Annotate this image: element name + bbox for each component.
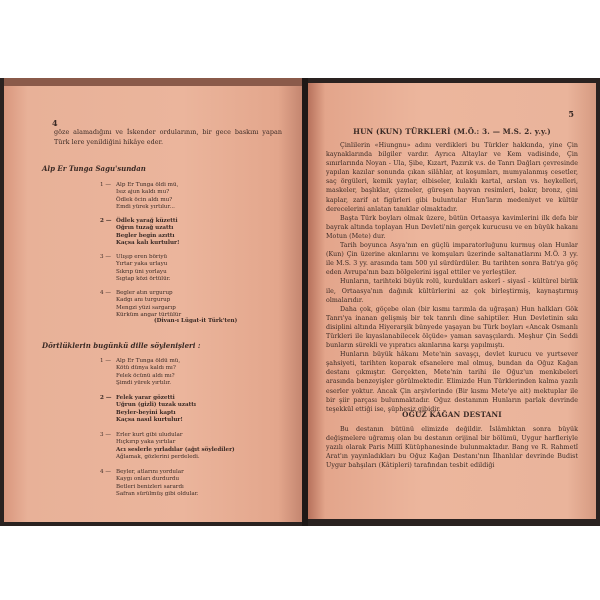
open-book: 4 göze alamadığını ve İskender orduların… (0, 78, 600, 526)
verse-line: Ödlek öcin aldı mu? (100, 197, 178, 204)
stanza: 2 —Felek yarar gözettiUğrun (gizli) tuza… (100, 395, 196, 425)
chapter-title: HUN (KUN) TÜRKLERİ (M.Ö.: 3. — M.S. 2. y… (308, 127, 596, 136)
left-page: 4 göze alamadığını ve İskender orduların… (4, 78, 302, 522)
left-intro-text: göze alamadığını ve İskender ordularının… (54, 128, 282, 148)
verse-line: 3 —Ulışıp eren böriyü (100, 254, 171, 261)
page-number-left: 4 (52, 118, 58, 128)
chapter-body: Çinlilerin «Hiungnu» adını verdikleri bu… (326, 141, 578, 414)
paragraph: Tarih boyunca Asya'nın en güçlü imparato… (326, 241, 578, 277)
verse-line: Sıkrıp üni yorlayu (100, 269, 171, 276)
verse-line: 4 —Beyler, atlarını yordular (100, 469, 199, 476)
verse-line: 4 —Begler atın urgurup (100, 290, 181, 297)
stanza-number: 1 — (100, 182, 116, 189)
verse-line: Kaçsa nasıl kurtulur! (100, 417, 196, 424)
verse-line: Emdi yürek yırtılur... (100, 204, 178, 211)
verse-line: 2 —Ödlek yarağ küzetti (100, 218, 179, 225)
stanza: 1 —Alp Er Tunga öldü mü,Kötü dünya kaldı… (100, 358, 180, 388)
section-paragraph: Bu destanın bütünü elimizde değildir. İs… (326, 425, 578, 470)
stanza-number: 4 — (100, 290, 116, 297)
stanza-number: 3 — (100, 254, 116, 261)
verse-line: 1 —Alp Er Tunga öldi mü, (100, 182, 178, 189)
verse-line: 1 —Alp Er Tunga öldü mü, (100, 358, 180, 365)
verse-line: Safran sürülmüş gibi oldular. (100, 491, 199, 498)
stanza: 3 —Erler kurt gibi uludularHıçkırıp yaka… (100, 432, 235, 462)
verse-line: Beyler-beyini kaptı (100, 410, 196, 417)
verse-line: Oğrın tuzağ uzattı (100, 225, 179, 232)
verse-line: Betleri benizleri sarardı (100, 484, 199, 491)
section-title-oguz: OĞUZ KAĞAN DESTANI (308, 410, 596, 419)
verse-line: Hıçkırıp yaka yırtılar (100, 439, 235, 446)
section-heading-modern: Dörtlüklerin bugünkü dille söylenişleri … (42, 341, 200, 350)
stanza-number: 3 — (100, 432, 116, 439)
verse-line: Sıgtap közi örtülür. (100, 276, 171, 283)
verse-line: Kaçsa kalı kurtulur! (100, 240, 179, 247)
verse-line: Kaygı onları durdurdu (100, 476, 199, 483)
stanza: 4 —Begler atın urgurupKadgı anı turgurup… (100, 290, 181, 320)
paragraph: Başta Türk boyları olmak üzere, bütün Or… (326, 214, 578, 241)
section-body-oguz: Bu destanın bütünü elimizde değildir. İs… (326, 425, 578, 470)
verse-line: Uğrun (gizli) tuzak uzattı (100, 402, 196, 409)
stanza: 3 —Ulışıp eren böriyüYırtar yaka urlayuS… (100, 254, 171, 284)
stanza-number: 4 — (100, 469, 116, 476)
stanza-number: 2 — (100, 218, 116, 225)
page-number-right: 5 (568, 109, 574, 119)
stanza: 2 —Ödlek yarağ küzettiOğrın tuzağ uzattı… (100, 218, 179, 248)
verse-line: 3 —Erler kurt gibi uludular (100, 432, 235, 439)
source-citation: (Divan-ı Lügat-it Türk'ten) (154, 318, 237, 324)
verse-line: Yırtar yaka urlayu (100, 261, 171, 268)
paragraph: Çinlilerin «Hiungnu» adını verdikleri bu… (326, 141, 578, 214)
verse-line: Begler begin azıttı (100, 233, 179, 240)
verse-line: Kadgı anı turgurup (100, 297, 181, 304)
stanza: 1 —Alp Er Tunga öldi mü,Isız ajun kaldı … (100, 182, 178, 212)
paragraph: Hunların büyük hâkanı Mete'nin savaşçı, … (326, 350, 578, 414)
stanza-number: 2 — (100, 395, 116, 402)
right-page: 5 HUN (KUN) TÜRKLERİ (M.Ö.: 3. — M.S. 2.… (308, 83, 596, 519)
verse-line: Ağlamak, gözlerini perdeledi. (100, 454, 235, 461)
verse-line: Felek öcünü aldı mı? (100, 373, 180, 380)
paragraph: Daha çok, göçebe olan (bir kısmı tarımla… (326, 305, 578, 350)
section-heading-sagu: Alp Er Tunga Sagu'sundan (42, 164, 146, 173)
stanza: 4 —Beyler, atlarını yordularKaygı onları… (100, 469, 199, 499)
paragraph: Hunların, tarihteki büyük rolü, kurdukla… (326, 277, 578, 304)
verse-line: Isız ajun kaldı mu? (100, 189, 178, 196)
verse-line: Kötü dünya kaldı mı? (100, 365, 180, 372)
verse-line: Şimdi yürek yırtılır. (100, 380, 180, 387)
stanza-number: 1 — (100, 358, 116, 365)
verse-line: Mengzi yüzi sargarıp (100, 305, 181, 312)
